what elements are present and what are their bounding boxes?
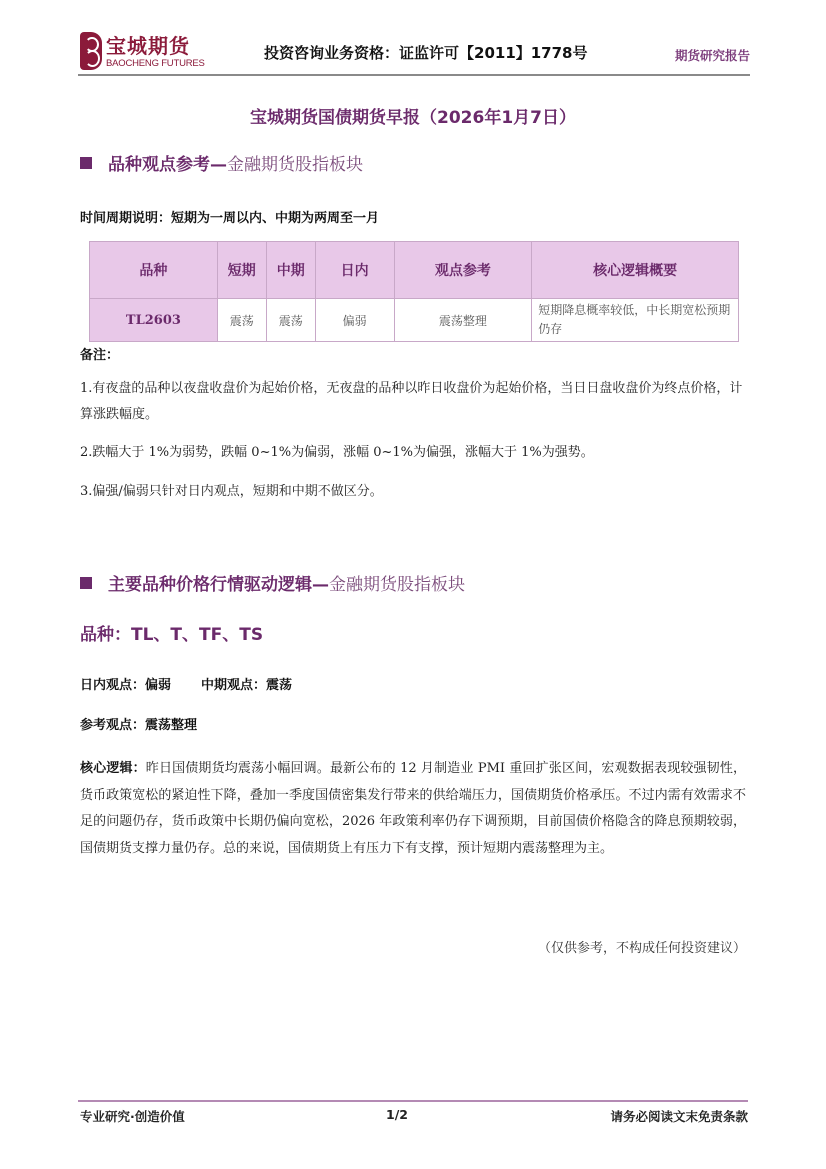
col-header-mid-term: 中期 — [266, 242, 315, 299]
varieties-line: 品种：TL、T、TF、TS — [80, 620, 263, 645]
col-header-intraday: 日内 — [315, 242, 394, 299]
view-table: 品种 短期 中期 日内 观点参考 核心逻辑概要 TL2603 震荡 震荡 偏弱 … — [89, 241, 739, 342]
bullet-square-icon — [80, 577, 92, 589]
footer-slogan: 专业研究·创造价值 — [80, 1107, 185, 1125]
license-info: 投资咨询业务资格：证监许可【2011】1778号 — [264, 42, 588, 63]
logo-b-icon — [80, 32, 102, 70]
disclaimer-note: （仅供参考，不构成任何投资建议） — [538, 937, 746, 956]
cell-core-logic: 短期降息概率较低，中长期宽松预期仍存 — [532, 299, 739, 342]
cell-variety: TL2603 — [90, 299, 218, 342]
period-note: 时间周期说明：短期为一周以内、中期为两周至一月 — [80, 207, 379, 226]
footer-disclaimer-link: 请务必阅读文末免责条款 — [610, 1107, 748, 1125]
mid-term-view: 中期观点：震荡 — [201, 678, 292, 693]
logo-chinese-name: 宝城期货 — [106, 30, 190, 59]
remarks-title: 备注： — [80, 344, 119, 363]
section-heading-driving-logic: 主要品种价格行情驱动逻辑—金融期货股指板块 — [80, 570, 465, 595]
col-header-variety: 品种 — [90, 242, 218, 299]
section-heading-variety-view: 品种观点参考—金融期货股指板块 — [80, 150, 363, 175]
cell-mid-term: 震荡 — [266, 299, 315, 342]
table-header-row: 品种 短期 中期 日内 观点参考 核心逻辑概要 — [90, 242, 739, 299]
report-type: 期货研究报告 — [675, 46, 750, 64]
footer-divider — [78, 1100, 748, 1102]
page-number: 1/2 — [386, 1107, 408, 1122]
cell-view: 震荡整理 — [394, 299, 532, 342]
section-heading-sector: 金融期货股指板块 — [329, 575, 465, 595]
remark-item-2: 2.跌幅大于 1%为弱势，跌幅 0~1%为偏弱，涨幅 0~1%为偏强，涨幅大于 … — [80, 440, 745, 466]
page-header: 宝城期货 BAOCHENG FUTURES 投资咨询业务资格：证监许可【2011… — [78, 28, 750, 72]
views-line: 日内观点：偏弱中期观点：震荡 — [80, 674, 292, 693]
section-heading-bold: 主要品种价格行情驱动逻辑— — [108, 575, 329, 595]
logo-english-name: BAOCHENG FUTURES — [106, 58, 205, 69]
document-title: 宝城期货国债期货早报（2026年1月7日） — [0, 103, 826, 128]
reference-view: 参考观点：震荡整理 — [80, 714, 197, 733]
section-heading-bold: 品种观点参考— — [108, 155, 227, 175]
col-header-short-term: 短期 — [217, 242, 266, 299]
table-row: TL2603 震荡 震荡 偏弱 震荡整理 短期降息概率较低，中长期宽松预期仍存 — [90, 299, 739, 342]
remark-item-1: 1.有夜盘的品种以夜盘收盘价为起始价格，无夜盘的品种以昨日收盘价为起始价格，当日… — [80, 376, 745, 428]
core-logic-text: 昨日国债期货均震荡小幅回调。最新公布的 12 月制造业 PMI 重回扩张区间，宏… — [80, 761, 746, 856]
remark-item-3: 3.偏强/偏弱只针对日内观点，短期和中期不做区分。 — [80, 479, 745, 505]
cell-intraday: 偏弱 — [315, 299, 394, 342]
section-heading-sector: 金融期货股指板块 — [227, 155, 363, 175]
bullet-square-icon — [80, 157, 92, 169]
header-divider — [78, 74, 750, 76]
core-logic-paragraph: 核心逻辑：昨日国债期货均震荡小幅回调。最新公布的 12 月制造业 PMI 重回扩… — [80, 756, 746, 862]
col-header-core-logic: 核心逻辑概要 — [532, 242, 739, 299]
core-logic-label: 核心逻辑： — [80, 761, 146, 776]
intraday-view: 日内观点：偏弱 — [80, 678, 171, 693]
col-header-view: 观点参考 — [394, 242, 532, 299]
cell-short-term: 震荡 — [217, 299, 266, 342]
company-logo: 宝城期货 BAOCHENG FUTURES — [78, 30, 208, 72]
